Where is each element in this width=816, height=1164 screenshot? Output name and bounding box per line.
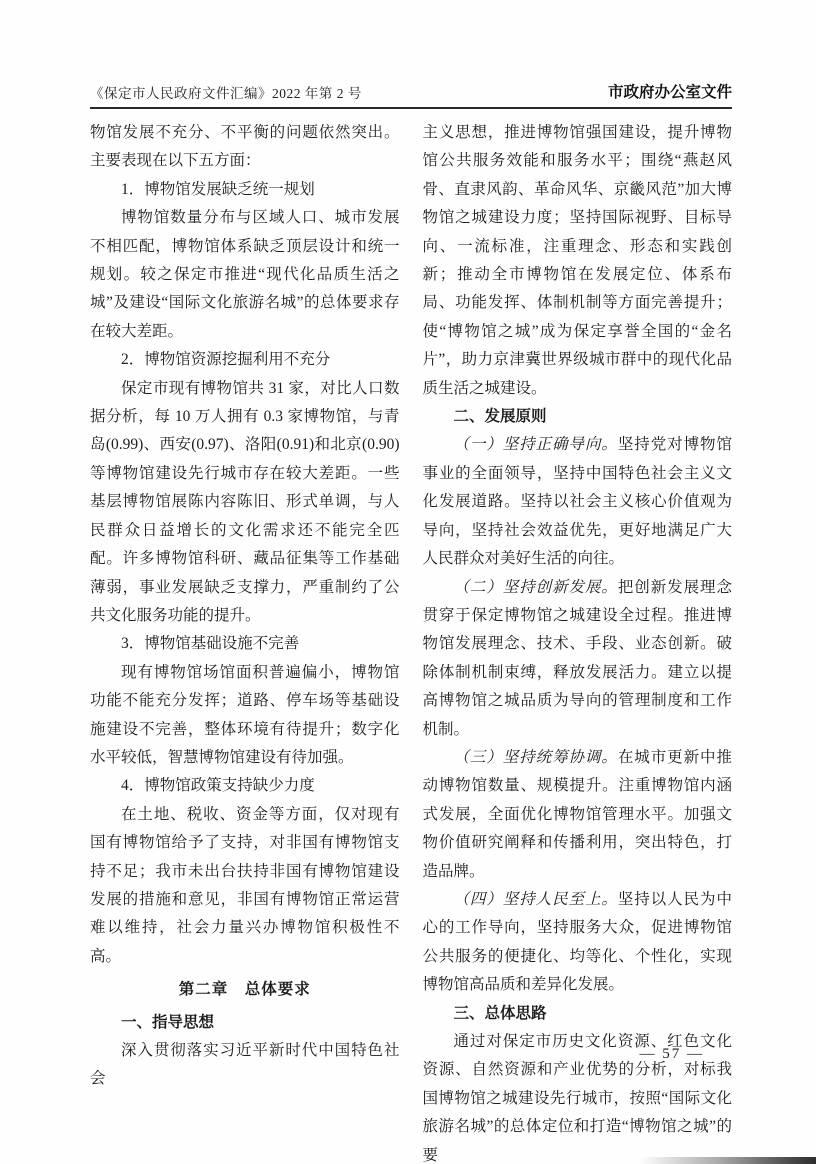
page-number: — 57 — <box>640 1046 705 1063</box>
paragraph: 深入贯彻落实习近平新时代中国特色社会 <box>90 1037 400 1094</box>
paragraph: （二）坚持创新发展。把创新发展理念贯穿于保定博物馆之城建设全过程。推进博物馆发展… <box>423 574 733 744</box>
paragraph: 4．博物馆政策支持缺少力度 <box>90 772 400 800</box>
document-page: 《保定市人民政府文件汇编》2022 年第 2 号 市政府办公室文件 物馆发展不充… <box>0 0 816 1164</box>
section-heading: 一、指导思想 <box>90 1009 400 1037</box>
paragraph: 博物馆数量分布与区域人口、城市发展不相匹配，博物馆体系缺乏顶层设计和统一规划。较… <box>90 204 400 346</box>
paragraph-lead: （四）坚持人民至上。 <box>454 891 618 908</box>
paragraph-lead: （一）坚持正确导向。 <box>454 436 618 453</box>
paragraph-lead: （三）坚持统筹协调。 <box>454 749 618 766</box>
page-content: 《保定市人民政府文件汇编》2022 年第 2 号 市政府办公室文件 物馆发展不充… <box>90 80 732 1164</box>
section-heading: 二、发展原则 <box>423 403 733 431</box>
right-column: 主义思想，推进博物馆强国建设，提升博物馆公共服务效能和服务水平；围绕“燕赵风骨、… <box>423 119 733 1164</box>
paragraph-lead: （二）坚持创新发展。 <box>454 579 618 596</box>
paragraph: 主义思想，推进博物馆强国建设，提升博物馆公共服务效能和服务水平；围绕“燕赵风骨、… <box>423 119 733 403</box>
chapter-heading: 第二章 总体要求 <box>90 976 400 1004</box>
paragraph: （三）坚持统筹协调。在城市更新中推动博物馆数量、规模提升。注重博物馆内涵式发展，… <box>423 744 733 886</box>
section-heading: 三、总体思路 <box>423 1000 733 1028</box>
two-column-body: 物馆发展不充分、不平衡的问题依然突出。主要表现在以下五方面：1．博物馆发展缺乏统… <box>90 119 732 1164</box>
paragraph: 3．博物馆基础设施不完善 <box>90 630 400 658</box>
scan-edge-artifact <box>640 1157 816 1164</box>
left-column: 物馆发展不充分、不平衡的问题依然突出。主要表现在以下五方面：1．博物馆发展缺乏统… <box>90 119 400 1164</box>
paragraph: 物馆发展不充分、不平衡的问题依然突出。主要表现在以下五方面： <box>90 119 400 176</box>
paragraph: 现有博物馆场馆面积普遍偏小，博物馆功能不能充分发挥；道路、停车场等基础设施建设不… <box>90 659 400 773</box>
paragraph: 在土地、税收、资金等方面，仅对现有国有博物馆给予了支持，对非国有博物馆支持不足；… <box>90 801 400 971</box>
paragraph: 1．博物馆发展缺乏统一规划 <box>90 176 400 204</box>
header-document-category: 市政府办公室文件 <box>608 80 732 102</box>
page-header: 《保定市人民政府文件汇编》2022 年第 2 号 市政府办公室文件 <box>90 80 732 109</box>
paragraph: 保定市现有博物馆共 31 家，对比人口数据分析，每 10 万人拥有 0.3 家博… <box>90 375 400 631</box>
paragraph: 2．博物馆资源挖掘利用不充分 <box>90 346 400 374</box>
paragraph: （四）坚持人民至上。坚持以人民为中心的工作导向，坚持服务大众，促进博物馆公共服务… <box>423 886 733 1000</box>
paragraph: （一）坚持正确导向。坚持党对博物馆事业的全面领导，坚持中国特色社会主义文化发展道… <box>423 431 733 573</box>
header-publication-title: 《保定市人民政府文件汇编》2022 年第 2 号 <box>90 82 362 102</box>
